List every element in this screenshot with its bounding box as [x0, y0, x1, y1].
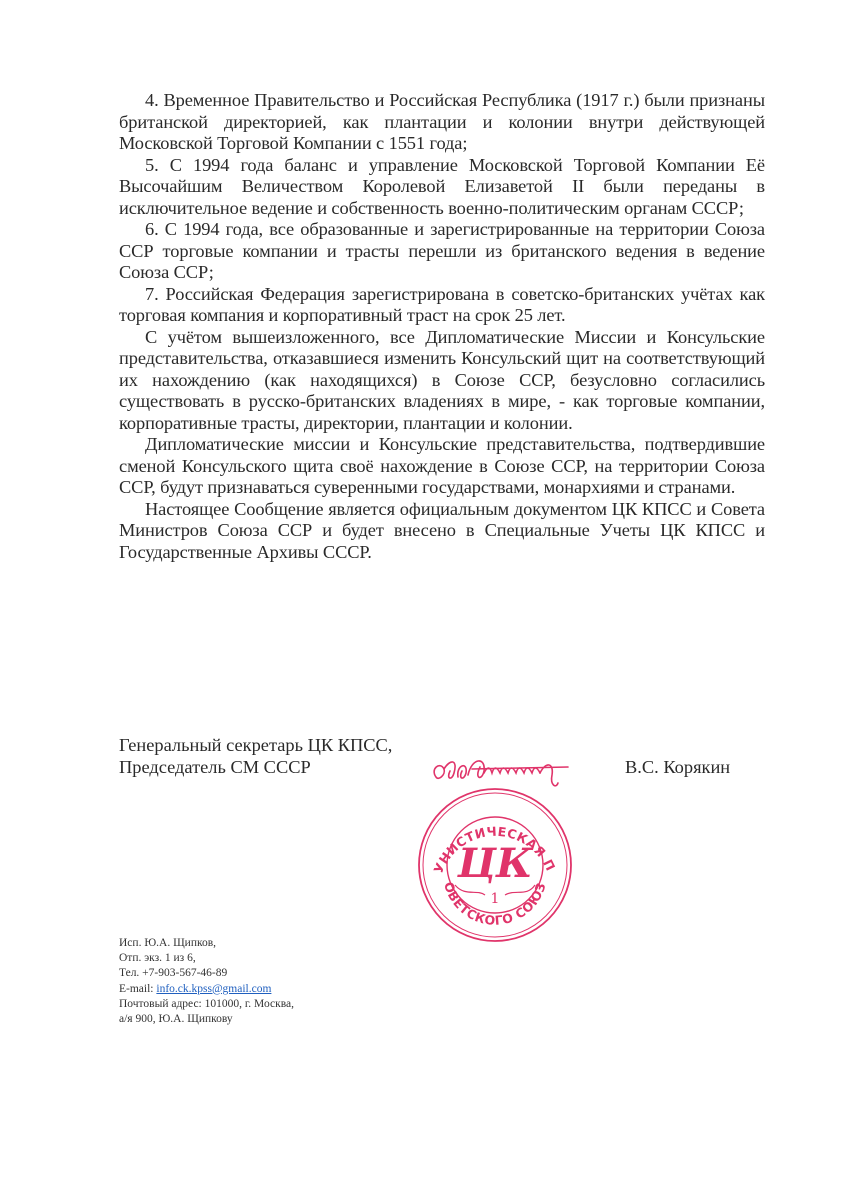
signatory-title-line2: Председатель СМ СССР	[119, 757, 392, 779]
party-seal-stamp: КОММУНИСТИЧЕСКАЯ ПАРТИЯ СОВЕТСКОГО СОЮЗА…	[415, 785, 575, 945]
signatory-title: Генеральный секретарь ЦК КПСС, Председат…	[119, 735, 392, 778]
signatory-title-line1: Генеральный секретарь ЦК КПСС,	[119, 735, 392, 757]
email-line: E-mail: info.ck.kpss@gmail.com	[119, 982, 294, 997]
paragraph-item-7: 7. Российская Федерация зарегистрирована…	[119, 284, 765, 327]
address-line-2: а/я 900, Ю.А. Щипкову	[119, 1012, 294, 1027]
email-label: E-mail:	[119, 983, 156, 995]
signatory-name: В.С. Корякин	[625, 757, 730, 779]
paragraph-item-4: 4. Временное Правительство и Российская …	[119, 90, 765, 155]
stamp-number: 1	[491, 891, 500, 907]
executor-line: Исп. Ю.А. Щипков,	[119, 936, 294, 951]
paragraph-item-5: 5. С 1994 года баланс и управление Моско…	[119, 155, 765, 220]
paragraph-item-6: 6. С 1994 года, все образованные и зарег…	[119, 219, 765, 284]
phone-line: Тел. +7-903-567-46-89	[119, 966, 294, 981]
executor-contacts: Исп. Ю.А. Щипков, Отп. экз. 1 из 6, Тел.…	[119, 936, 294, 1027]
address-line-1: Почтовый адрес: 101000, г. Москва,	[119, 997, 294, 1012]
copy-number-line: Отп. экз. 1 из 6,	[119, 951, 294, 966]
document-page: 4. Временное Правительство и Российская …	[0, 0, 848, 1200]
stamp-monogram: ЦК	[456, 840, 533, 887]
paragraph-recognition: Дипломатические миссии и Консульские пре…	[119, 434, 765, 499]
paragraph-official-status: Настоящее Сообщение является официальным…	[119, 499, 765, 564]
document-body: 4. Временное Правительство и Российская …	[119, 90, 765, 563]
email-link[interactable]: info.ck.kpss@gmail.com	[156, 983, 271, 995]
paragraph-conclusion: С учётом вышеизложенного, все Дипломатич…	[119, 327, 765, 435]
